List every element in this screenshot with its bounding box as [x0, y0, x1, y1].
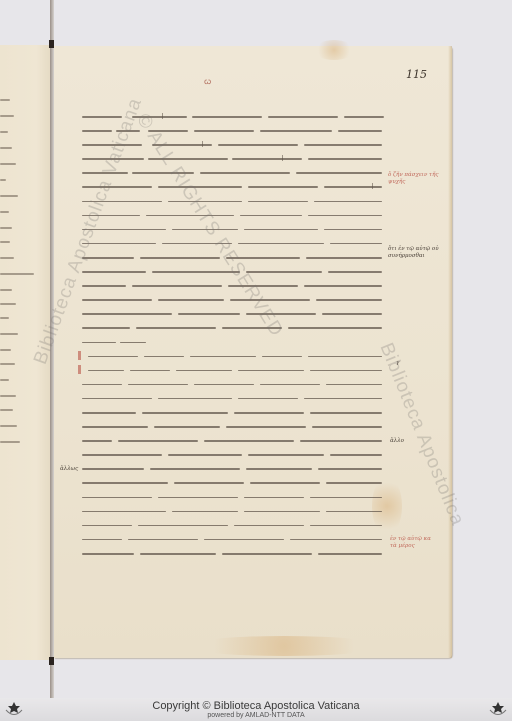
copyright-text: Copyright © Biblioteca Apostolica Vatica…	[0, 700, 512, 712]
marginal-note: ὅτι ἐν τῷ αὐτῷ οὐ συνήρμοσθαι	[388, 246, 439, 260]
manuscript-folio: 115 ꞷ	[54, 46, 452, 658]
marginal-note-red: ὅ ζῆν πάσχειν τῆς ψυχῆς	[388, 172, 438, 186]
head-mark: ꞷ	[204, 76, 211, 87]
marginal-numeral: γ	[396, 360, 399, 367]
parchment-stain	[184, 636, 384, 656]
vatican-crest-icon	[488, 700, 508, 718]
footer: Copyright © Biblioteca Apostolica Vatica…	[0, 698, 512, 721]
left-facing-page	[0, 45, 52, 660]
parchment-stain	[314, 40, 354, 60]
marginal-note-left: ἄλλως	[60, 466, 78, 473]
marginal-note-red: ἐν τῷ αὐτῷ κα τὰ μέρος	[390, 536, 431, 550]
vatican-crest-icon	[4, 700, 24, 718]
folio-number: 115	[406, 68, 427, 81]
gutter-marker-bottom	[49, 657, 54, 665]
manuscript-viewer[interactable]: 115 ꞷ	[0, 0, 512, 698]
rubric-initial	[78, 365, 81, 374]
powered-by-text: powered by AMLAD-NTT DATA	[0, 712, 512, 720]
marginal-note: ἄλλο	[390, 438, 404, 445]
manuscript-text-block	[82, 110, 387, 561]
rubric-initial	[78, 351, 81, 360]
